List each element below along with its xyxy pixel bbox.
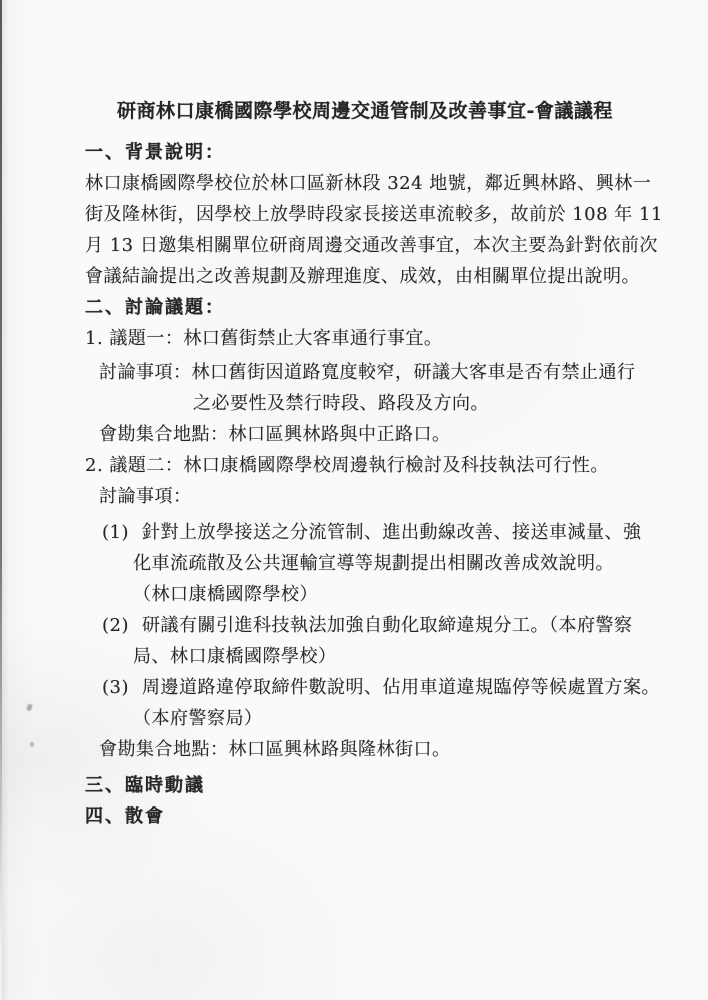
topic2-item-1: (1) 針對上放學接送之分流管制、進出動線改善、接送車減量、強 <box>102 517 645 548</box>
topic1-meeting-point: 會勘集合地點：林口區興林路與中正路口。 <box>99 419 645 450</box>
section-heading-motions: 三、臨時動議 <box>85 770 645 801</box>
background-paragraph-line: 林口康橋國際學校位於林口區新林段 324 地號，鄰近興林路、興林一 <box>85 168 645 199</box>
topic2-meeting-point: 會勘集合地點：林口區興林路與隆林街口。 <box>99 734 645 765</box>
topic2-item-3: (3) 周邊道路違停取締件數說明、佔用車道違規臨停等候處置方案。 <box>102 672 645 703</box>
background-paragraph-line: 會議結論提出之改善規劃及辦理進度、成效，由相關單位提出說明。 <box>85 261 645 292</box>
topic2-title: 2. 議題二：林口康橋國際學校周邊執行檢討及科技執法可行性。 <box>85 450 645 481</box>
topic1-discussion-line: 討論事項：林口舊街因道路寬度較窄，研議大客車是否有禁止通行 <box>99 357 645 388</box>
topic2-item-2: (2) 研議有關引進科技執法加強自動化取締違規分工。（本府警察 <box>102 610 645 641</box>
document-content: 研商林口康橋國際學校周邊交通管制及改善事宜-會議議程 一、背景說明： 林口康橋國… <box>85 95 645 832</box>
section-heading-discussion: 二、討論議題： <box>85 292 645 323</box>
item-text: 周邊道路違停取締件數說明、佔用車道違規臨停等候處置方案。 <box>142 672 660 703</box>
pencil-mark <box>26 704 32 712</box>
item-text: 針對上放學接送之分流管制、進出動線改善、接送車減量、強 <box>142 517 642 548</box>
topic2-item-2-line: 局、林口康橋國際學校） <box>133 641 645 672</box>
topic2-item-1-responsible: （林口康橋國際學校） <box>133 579 645 610</box>
item-number: (3) <box>102 672 142 703</box>
topic2-item-1-line: 化車流疏散及公共運輸宣導等規劃提出相關改善成效說明。 <box>133 548 645 579</box>
section-heading-background: 一、背景說明： <box>85 137 645 168</box>
topic1-discussion-line: 之必要性及禁行時段、路段及方向。 <box>193 388 645 419</box>
background-paragraph-line: 街及隆林街，因學校上放學時段家長接送車流較多，故前於 108 年 11 <box>85 199 645 230</box>
item-number: (1) <box>102 517 142 548</box>
scan-edge-shadow <box>2 0 9 1000</box>
topic1-title: 1. 議題一：林口舊街禁止大客車通行事宜。 <box>85 323 645 354</box>
pencil-mark <box>29 742 34 748</box>
section-heading-adjournment: 四、散會 <box>85 801 645 832</box>
item-number: (2) <box>102 610 142 641</box>
topic2-item-3-responsible: （本府警察局） <box>133 703 645 734</box>
item-text: 研議有關引進科技執法加強自動化取締違規分工。（本府警察 <box>142 610 633 641</box>
document-title: 研商林口康橋國際學校周邊交通管制及改善事宜-會議議程 <box>85 95 645 128</box>
scanned-document-page: 研商林口康橋國際學校周邊交通管制及改善事宜-會議議程 一、背景說明： 林口康橋國… <box>0 0 708 1000</box>
background-paragraph-line: 月 13 日邀集相關單位研商周邊交通改善事宜，本次主要為針對依前次 <box>85 230 645 261</box>
topic2-items-heading: 討論事項： <box>99 481 645 512</box>
